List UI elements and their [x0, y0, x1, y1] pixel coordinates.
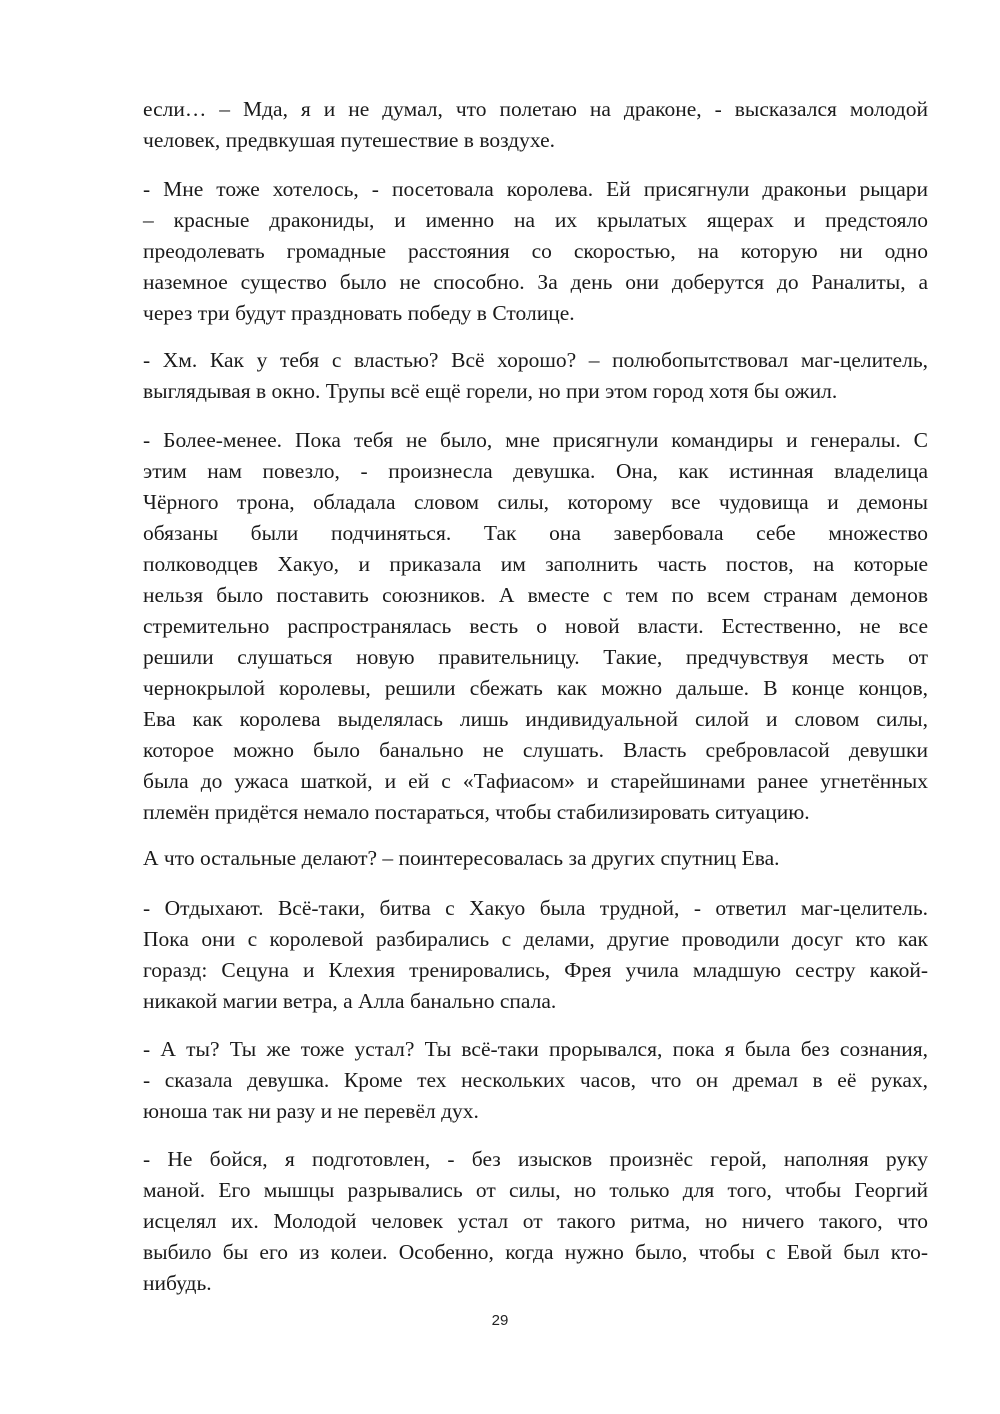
paragraph: если… – Мда, я и не думал, что полетаю н… [143, 94, 928, 156]
text-line: племён придётся немало постараться, чтоб… [143, 797, 928, 828]
text-line: человек, предвкушая путешествие в воздух… [143, 125, 928, 156]
paragraph: - Не бойся, я подготовлен, - без изысков… [143, 1144, 928, 1299]
text-line: наземное существо было не способно. За д… [143, 267, 928, 298]
text-line: - Мне тоже хотелось, - посетовала короле… [143, 174, 928, 205]
text-line: - Более-менее. Пока тебя не было, мне пр… [143, 425, 928, 456]
text-line: - Не бойся, я подготовлен, - без изысков… [143, 1144, 928, 1175]
text-line: маной. Его мышцы разрывались от силы, но… [143, 1175, 928, 1206]
text-line: решили слушаться новую правительницу. Та… [143, 642, 928, 673]
text-line: через три будут праздновать победу в Сто… [143, 298, 928, 329]
text-line: которое можно было банально не слушать. … [143, 735, 928, 766]
text-line: нельзя было поставить союзников. А вмест… [143, 580, 928, 611]
text-line: обязаны были подчиняться. Так она заверб… [143, 518, 928, 549]
text-line: была до ужаса шаткой, и ей с «Тафиасом» … [143, 766, 928, 797]
text-line: Пока они с королевой разбирались с делам… [143, 924, 928, 955]
text-line: если… – Мда, я и не думал, что полетаю н… [143, 94, 928, 125]
text-line: - Хм. Как у тебя с властью? Всё хорошо? … [143, 345, 928, 376]
paragraph: - Отдыхают. Всё-таки, битва с Хакуо была… [143, 893, 928, 1017]
text-line: никакой магии ветра, а Алла банально спа… [143, 986, 928, 1017]
text-line: преодолевать громадные расстояния со ско… [143, 236, 928, 267]
text-line: полководцев Хакуо, и приказала им заполн… [143, 549, 928, 580]
paragraph: А что остальные делают? – поинтересовала… [143, 843, 928, 874]
document-page: если… – Мда, я и не думал, что полетаю н… [0, 0, 1000, 1414]
text-line: выглядывая в окно. Трупы всё ещё горели,… [143, 376, 928, 407]
text-line: - сказала девушка. Кроме тех нескольких … [143, 1065, 928, 1096]
paragraph: - А ты? Ты же тоже устал? Ты всё-таки пр… [143, 1034, 928, 1127]
text-line: исцелял их. Молодой человек устал от так… [143, 1206, 928, 1237]
paragraph: - Более-менее. Пока тебя не было, мне пр… [143, 425, 928, 828]
text-line: - Отдыхают. Всё-таки, битва с Хакуо была… [143, 893, 928, 924]
page-number: 29 [0, 1312, 1000, 1329]
paragraph: - Хм. Как у тебя с властью? Всё хорошо? … [143, 345, 928, 407]
text-line: – красные дракониды, и именно на их крыл… [143, 205, 928, 236]
text-line: этим нам повезло, - произнесла девушка. … [143, 456, 928, 487]
paragraph: - Мне тоже хотелось, - посетовала короле… [143, 174, 928, 329]
text-line: нибудь. [143, 1268, 928, 1299]
text-line: Чёрного трона, обладала словом силы, кот… [143, 487, 928, 518]
text-line: А что остальные делают? – поинтересовала… [143, 843, 928, 874]
text-line: - А ты? Ты же тоже устал? Ты всё-таки пр… [143, 1034, 928, 1065]
text-line: горазд: Сецуна и Клехия тренировались, Ф… [143, 955, 928, 986]
text-line: выбило бы его из колеи. Особенно, когда … [143, 1237, 928, 1268]
text-line: стремительно распространялась весть о но… [143, 611, 928, 642]
text-line: чернокрылой королевы, решили сбежать как… [143, 673, 928, 704]
text-line: Ева как королева выделялась лишь индивид… [143, 704, 928, 735]
text-line: юноша так ни разу и не перевёл дух. [143, 1096, 928, 1127]
